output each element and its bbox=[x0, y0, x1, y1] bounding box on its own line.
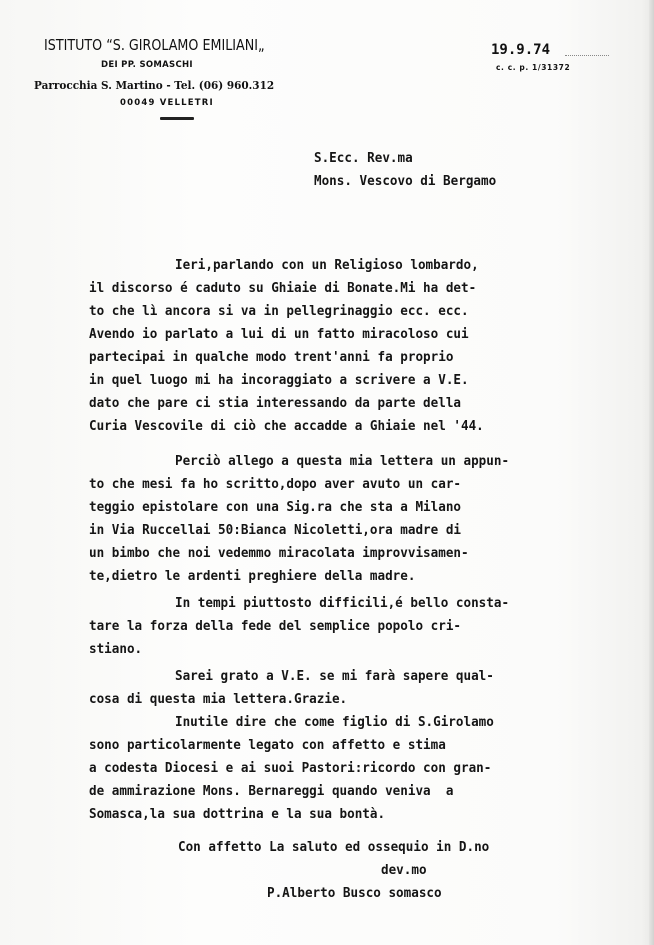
letterhead-order: DEI PP. SOMASCHI bbox=[101, 60, 193, 70]
date-dotted-line bbox=[565, 55, 609, 56]
body-line: in Via Ruccellai 50:Bianca Nicoletti,ora… bbox=[89, 523, 461, 538]
body-line: il discorso é caduto su Ghiaie di Bonate… bbox=[89, 281, 476, 296]
body-line: Ieri,parlando con un Religioso lombardo, bbox=[175, 258, 479, 273]
body-line: cosa di questa mia lettera.Grazie. bbox=[89, 692, 347, 707]
body-line: in quel luogo mi ha incoraggiato a scriv… bbox=[89, 373, 469, 388]
body-line: a codesta Diocesi e ai suoi Pastori:rico… bbox=[89, 761, 491, 776]
body-line: stiano. bbox=[89, 642, 142, 657]
body-line: Somasca,la sua dottrina e la sua bontà. bbox=[89, 807, 385, 822]
body-line: teggio epistolare con una Sig.ra che sta… bbox=[89, 500, 461, 515]
page-edge-shadow bbox=[649, 0, 654, 945]
addressee-line: Mons. Vescovo di Bergamo bbox=[314, 174, 496, 189]
letterhead-institute: ISTITUTO “S. GIROLAMO EMILIANI„ bbox=[44, 36, 265, 54]
body-line: sono particolarmente legato con affetto … bbox=[89, 738, 446, 753]
letterhead-address: Parrocchia S. Martino - Tel. (06) 960.31… bbox=[34, 79, 274, 92]
body-line: dato che pare ci stia interessando da pa… bbox=[89, 396, 461, 411]
body-line: Inutile dire che come figlio di S.Girola… bbox=[175, 715, 494, 730]
body-line: Sarei grato a V.E. se mi farà sapere qua… bbox=[175, 669, 494, 684]
signature-name: P.Alberto Busco somasco bbox=[267, 886, 442, 901]
letter-date: 19.9.74 bbox=[491, 42, 550, 58]
body-line: un bimbo che noi vedemmo miracolata impr… bbox=[89, 546, 469, 561]
letterhead-ornament bbox=[160, 117, 194, 120]
addressee-line: S.Ecc. Rev.ma bbox=[314, 151, 413, 166]
body-line: to che mesi fa ho scritto,dopo aver avut… bbox=[89, 477, 461, 492]
body-line: to che lì ancora si va in pellegrinaggio… bbox=[89, 304, 469, 319]
body-line: te,dietro le ardenti preghiere della mad… bbox=[89, 569, 415, 584]
postal-account: c. c. p. 1/31372 bbox=[496, 63, 570, 72]
body-line: Perciò allego a questa mia lettera un ap… bbox=[175, 454, 509, 469]
letterhead-city: 00049 VELLETRI bbox=[120, 98, 214, 108]
body-line: tare la forza della fede del semplice po… bbox=[89, 619, 461, 634]
body-line: partecipai in qualche modo trent'anni fa… bbox=[89, 350, 453, 365]
closing-line: Con affetto La saluto ed ossequio in D.n… bbox=[178, 840, 489, 855]
signature-devotion: dev.mo bbox=[381, 863, 427, 878]
body-line: Curia Vescovile di ciò che accadde a Ghi… bbox=[89, 419, 484, 434]
body-line: de ammirazione Mons. Bernareggi quando v… bbox=[89, 784, 453, 799]
letter-page: ISTITUTO “S. GIROLAMO EMILIANI„ DEI PP. … bbox=[0, 0, 654, 945]
body-line: In tempi piuttosto difficili,é bello con… bbox=[175, 596, 509, 611]
body-line: Avendo io parlato a lui di un fatto mira… bbox=[89, 327, 469, 342]
